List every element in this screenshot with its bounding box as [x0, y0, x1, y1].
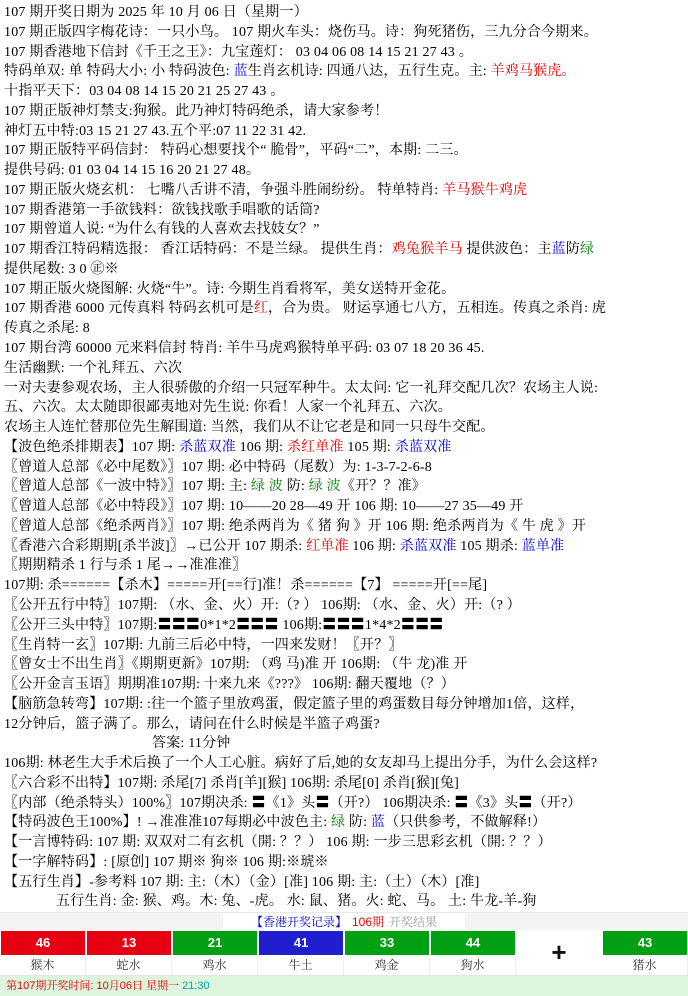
- text-segment: 防: [566, 242, 580, 257]
- text-segment: 十指平天下：03 04 08 14 15 20 21 25 27 43 。: [4, 84, 284, 99]
- text-segment: 〖曾道人总部《必中特段》〗107 期: 10——20 28—49 开 106 期…: [4, 499, 523, 514]
- text-segment: 〖曾道人总部《必中尾数》〗107 期: 必中特码（尾数）为: 1-3-7-2-6…: [4, 460, 432, 475]
- text-line: 十指平天下：03 04 08 14 15 20 21 25 27 43 。: [4, 82, 688, 102]
- text-segment: 107期: 杀======【杀木】=====开[==行]准！杀======【7】…: [4, 578, 487, 593]
- text-segment: 答案: 11分钟: [152, 736, 230, 751]
- text-line: 107 期正版火烧图解: 火烧“牛”。诗: 今期生肖看将军，美女送特开金花。: [4, 280, 688, 300]
- text-line: 【特码波色王100%】! →准准准107每期必中波色主: 绿 防: 蓝（只供参考…: [4, 813, 688, 833]
- time-bar-segment: 第107期开奖时间:: [6, 980, 96, 992]
- text-line: 107 期正版四字梅花诗：一只小鸟。 107 期火车头：烧伤马。诗：狗死猪伤，三…: [4, 23, 688, 43]
- time-bar-segment: 10月06日: [96, 980, 146, 992]
- ball-zodiac-element: 狗水: [430, 956, 516, 975]
- content-lines: 107 期开奖日期为 2025 年 10 月 06 日（星期一）107 期正版四…: [0, 0, 688, 912]
- text-segment: 107 期曾道人说: “为什么有钱的人喜欢去找妓女？”: [4, 222, 320, 237]
- ball-number: 43: [603, 931, 687, 955]
- text-segment: 107 期开奖日期为 2025 年 10 月 06 日（星期一）: [4, 5, 308, 20]
- text-line: 〖曾道人总部《一波中特》〗107 期: 主: 绿 波 防: 绿 波《开？？准》: [4, 477, 688, 497]
- text-line: 〖曾道人总部《必中尾数》〗107 期: 必中特码（尾数）为: 1-3-7-2-6…: [4, 458, 688, 478]
- text-segment: 107 期正版火烧图解: 火烧“牛”。诗: 今期生肖看将军，美女送特开金花。: [4, 282, 455, 297]
- text-segment: 〖公开三头中特〗107期:〓〓〓0*1*2〓〓〓 106期:〓〓〓1*4*2〓〓…: [4, 618, 443, 633]
- text-line: 【一言博特码: 107 期: 双双对二有玄机（開: ？？） 106 期: 一步三…: [4, 833, 688, 853]
- ball-zodiac-element: 鸡水: [172, 956, 258, 975]
- result-ball-cell: 41牛土: [258, 930, 344, 975]
- text-line: 〖公开金言玉语〗期期准107期: 十来九来《???》 106期: 翻天覆地（？）: [4, 675, 688, 695]
- text-segment: 【特码波色王100%】! →准准准107每期必中波色主:: [4, 815, 331, 830]
- text-segment: 生肖玄机诗: 四通八达，五行生克。主:: [248, 64, 491, 79]
- text-line: 107 期香江特码精选报： 香江话特码：不是兰绿。 提供生肖：鸡兔猴羊马 提供波…: [4, 240, 688, 260]
- text-segment: 提供号码: 01 03 04 14 15 16 20 21 27 48。: [4, 163, 260, 178]
- text-line: 107期: 杀======【杀木】=====开[==行]准！杀======【7】…: [4, 576, 688, 596]
- text-segment: 蓝: [234, 64, 248, 79]
- text-segment: 〖生肖特一玄〗107期: 九前三后必中特，一四来发财！〖开？〗: [4, 638, 403, 653]
- text-segment: 【五行生肖】-参考料 107 期: 主:（木）（金）[准] 106 期: 主:（…: [4, 875, 479, 890]
- text-segment: 神灯五中特:03 15 21 27 43.五个平:07 11 22 31 42.: [4, 124, 306, 139]
- text-segment: 105 期杀:: [457, 539, 522, 554]
- text-line: 【一字解特码】: [原创] 107 期※ 狗※ 106 期:※琥※: [4, 853, 688, 873]
- text-line: 答案: 11分钟: [4, 734, 688, 754]
- text-line: 生活幽默: 一个礼拜五、六次: [4, 359, 688, 379]
- text-segment: 106 期:: [349, 539, 400, 554]
- text-line: 〖内部（绝杀特头）100%〗107期决杀: 〓《1》头〓（开?） 106期决杀:…: [4, 794, 688, 814]
- text-segment: 杀红单准: [287, 440, 344, 455]
- hk-record-link[interactable]: 【香港开奖记录】: [251, 913, 347, 930]
- text-segment: 〖曾道人总部《一波中特》〗107 期: 主:: [4, 479, 251, 494]
- text-line: 神灯五中特:03 15 21 27 43.五个平:07 11 22 31 42.: [4, 122, 688, 142]
- ball-number: 13: [87, 931, 171, 955]
- text-segment: 绿 波: [309, 479, 341, 494]
- text-segment: 〖曾道人总部《绝杀两肖》〗107 期: 绝杀两肖为《 猪 狗 》开 106 期:…: [4, 519, 586, 534]
- text-segment: 107 期正版火烧玄机： 七嘴八舌讲不清，争强斗胜闹纷纷。 特单特肖:: [4, 183, 442, 198]
- text-line: 〖曾道人总部《必中特段》〗107 期: 10——20 28—49 开 106 期…: [4, 497, 688, 517]
- ball-number: 44: [431, 931, 515, 955]
- text-line: 〖期期精杀 1 行与杀 1 尾→→准准准〗: [4, 556, 688, 576]
- plus-icon: +: [551, 930, 566, 975]
- text-segment: 生活幽默: 一个礼拜五、六次: [4, 361, 182, 376]
- text-segment: 〖公开五行中特〗107期: （水、金、火）开:（? ） 106期: （水、金、火…: [4, 598, 521, 613]
- text-segment: 提供波色：主: [463, 242, 552, 257]
- text-line: 〖生肖特一玄〗107期: 九前三后必中特，一四来发财！〖开？〗: [4, 636, 688, 656]
- text-line: 一对夫妻参观农场，主人很骄傲的介绍一只冠军种牛。太太问: 它一礼拜交配几次？农场…: [4, 379, 688, 399]
- ball-number: 46: [1, 931, 85, 955]
- ball-zodiac-element: 蛇水: [86, 956, 172, 975]
- text-line: 提供尾数: 3 0 ㊣※: [4, 260, 688, 280]
- text-segment: 绿: [580, 242, 594, 257]
- ball-zodiac-element: 猴木: [0, 956, 86, 975]
- time-bar-segment: 21:30: [182, 980, 210, 992]
- text-segment: 106 期:: [236, 440, 287, 455]
- result-ball-cell: 44狗水: [430, 930, 516, 975]
- text-line: 107 期曾道人说: “为什么有钱的人喜欢去找妓女？”: [4, 220, 688, 240]
- text-line: 107 期正版火烧玄机： 七嘴八舌讲不清，争强斗胜闹纷纷。 特单特肖: 羊马猴牛…: [4, 181, 688, 201]
- text-line: 〖曾女士不出生肖〗《期期更新》107期: （鸡 马)准 开 106期: （牛 龙…: [4, 655, 688, 675]
- text-segment: 【波色绝杀排期表】107 期:: [4, 440, 179, 455]
- time-bar-segment: 星期一: [146, 980, 182, 992]
- issue-number: 106期: [352, 913, 384, 930]
- text-segment: 107 期香江特码精选报： 香江话特码：不是兰绿。 提供生肖：: [4, 242, 392, 257]
- text-segment: 【一字解特码】: [原创] 107 期※ 狗※ 106 期:※琥※: [4, 855, 329, 870]
- text-segment: 防:: [345, 815, 371, 830]
- text-segment: 传真之杀尾: 8: [4, 321, 90, 336]
- text-segment: 107 期香港第一手欲钱料：欲钱找歌手唱歌的话筒?: [4, 203, 320, 218]
- text-segment: 【脑筋急转弯】107期: :往一个篮子里放鸡蛋，假定篮子里的鸡蛋数目每分钟增加1…: [4, 697, 584, 712]
- text-segment: 羊鸡马猴虎。: [491, 64, 576, 79]
- text-segment: 红单准: [306, 539, 349, 554]
- text-line: 12分钟后，篮子满了。那么，请问在什么时候是半篮子鸡蛋?: [4, 715, 688, 735]
- text-segment: 鸡兔猴羊马: [392, 242, 463, 257]
- text-segment: ，合为贵。 财运享通七八方，五相连。传真之杀肖: 虎: [268, 301, 606, 316]
- text-line: 传真之杀尾: 8: [4, 319, 688, 339]
- results-header-center: 【香港开奖记录】 106期 开奖结果: [223, 913, 465, 930]
- result-suffix: 开奖结果: [389, 913, 437, 930]
- text-segment: 〖内部（绝杀特头）100%〗107期决杀: 〓《1》头〓（开?） 106期决杀:…: [4, 796, 582, 811]
- ball-number: 41: [259, 931, 343, 955]
- text-segment: （只供参考，不做解释!）: [385, 815, 546, 830]
- text-line: 【脑筋急转弯】107期: :往一个篮子里放鸡蛋，假定篮子里的鸡蛋数目每分钟增加1…: [4, 695, 688, 715]
- text-line: 农场主人连忙替那位先生解围道: 当然，我们从不让它老是和同一只母牛交配。: [4, 418, 688, 438]
- text-segment: 五行生肖: 金: 猴、鸡。木: 兔、-虎。 水: 鼠、猪。火: 蛇、马。 土: …: [56, 894, 537, 909]
- ball-zodiac-element: 猪水: [602, 956, 688, 975]
- ball-zodiac-element: 牛土: [258, 956, 344, 975]
- text-segment: 五、六次。太太随即很鄙夷地对先生说: 你看！人家一个礼拜五、六次。: [4, 400, 452, 415]
- text-segment: 特码单双: 单 特码大小: 小 特码波色:: [4, 64, 234, 79]
- text-line: 【五行生肖】-参考料 107 期: 主:（木）（金）[准] 106 期: 主:（…: [4, 873, 688, 893]
- text-segment: 蓝单准: [522, 539, 565, 554]
- result-ball-cell: 46猴木: [0, 930, 86, 975]
- text-line: 〖公开五行中特〗107期: （水、金、火）开:（? ） 106期: （水、金、火…: [4, 596, 688, 616]
- ball-number: 21: [173, 931, 257, 955]
- result-ball-cell: 43猪水: [602, 930, 688, 975]
- text-segment: 107 期台湾 60000 元来料信封 特肖: 羊牛马虎鸡猴特单平码: 03 0…: [4, 341, 485, 356]
- result-ball-cell: 21鸡水: [172, 930, 258, 975]
- text-segment: 〖公开金言玉语〗期期准107期: 十来九来《???》 106期: 翻天覆地（？）: [4, 677, 455, 692]
- text-segment: 〖曾女士不出生肖〗《期期更新》107期: （鸡 马)准 开 106期: （牛 龙…: [4, 657, 467, 672]
- text-segment: 〖期期精杀 1 行与杀 1 尾→→准准准〗: [4, 558, 246, 573]
- text-segment: 羊马猴牛鸡虎: [442, 183, 527, 198]
- text-line: 五、六次。太太随即很鄙夷地对先生说: 你看！人家一个礼拜五、六次。: [4, 398, 688, 418]
- text-line: 〖公开三头中特〗107期:〓〓〓0*1*2〓〓〓 106期:〓〓〓1*4*2〓〓…: [4, 616, 688, 636]
- text-segment: 107 期正版四字梅花诗：一只小鸟。 107 期火车头：烧伤马。诗：狗死猪伤，三…: [4, 25, 598, 40]
- text-segment: 106期: 林老生大手术后换了一个人工心脏。病好了后,她的女友却马上提出分手，为…: [4, 756, 597, 771]
- results-section: 【香港开奖记录】 106期 开奖结果 46猴木13蛇水21鸡水41牛土33鸡金4…: [0, 912, 688, 996]
- text-line: 107 期香港地下信封《千王之王》：九宝莲灯： 03 04 06 08 14 1…: [4, 43, 688, 63]
- page-root: 107 期开奖日期为 2025 年 10 月 06 日（星期一）107 期正版四…: [0, 0, 688, 996]
- text-line: 〖六合彩不出特】107期: 杀尾[7] 杀肖[羊][猴] 106期: 杀尾[0]…: [4, 774, 688, 794]
- plus-separator: +: [516, 930, 602, 975]
- text-line: 特码单双: 单 特码大小: 小 特码波色: 蓝生肖玄机诗: 四通八达，五行生克。…: [4, 62, 688, 82]
- text-line: 〖曾道人总部《绝杀两肖》〗107 期: 绝杀两肖为《 猪 狗 》开 106 期:…: [4, 517, 688, 537]
- result-ball-cell: 33鸡金: [344, 930, 430, 975]
- text-segment: 杀蓝双准: [400, 539, 457, 554]
- text-line: 〖香港六合彩期期[杀半波]〗→已公开 107 期杀: 红单准 106 期: 杀蓝…: [4, 537, 688, 557]
- text-segment: 107 期正版特平码信封： 特码心想要找个“ 脆骨”，平码“二”，本期: 二三。: [4, 143, 468, 158]
- results-header: 【香港开奖记录】 106期 开奖结果: [0, 912, 688, 930]
- text-line: 五行生肖: 金: 猴、鸡。木: 兔、-虎。 水: 鼠、猪。火: 蛇、马。 土: …: [4, 892, 688, 912]
- text-segment: 蓝: [552, 242, 566, 257]
- text-segment: 杀蓝双准: [395, 440, 452, 455]
- text-segment: 红: [254, 301, 268, 316]
- result-ball-cell: 13蛇水: [86, 930, 172, 975]
- ball-zodiac-element: 鸡金: [344, 956, 430, 975]
- text-line: 提供号码: 01 03 04 14 15 16 20 21 27 48。: [4, 161, 688, 181]
- text-segment: 绿: [331, 815, 345, 830]
- text-segment: 绿 波: [251, 479, 283, 494]
- text-line: 106期: 林老生大手术后换了一个人工心脏。病好了后,她的女友却马上提出分手，为…: [4, 754, 688, 774]
- text-line: 【波色绝杀排期表】107 期: 杀蓝双准 106 期: 杀红单准 105 期: …: [4, 438, 688, 458]
- text-segment: 防:: [283, 479, 309, 494]
- text-line: 107 期开奖日期为 2025 年 10 月 06 日（星期一）: [4, 3, 688, 23]
- text-segment: 105 期:: [344, 440, 395, 455]
- text-segment: 【一言博特码: 107 期: 双双对二有玄机（開: ？？） 106 期: 一步三…: [4, 835, 552, 850]
- text-line: 107 期正版特平码信封： 特码心想要找个“ 脆骨”，平码“二”，本期: 二三。: [4, 141, 688, 161]
- text-segment: 《开？？准》: [341, 479, 426, 494]
- text-segment: 蓝: [371, 815, 385, 830]
- text-segment: 〖六合彩不出特】107期: 杀尾[7] 杀肖[羊][猴] 106期: 杀尾[0]…: [4, 776, 459, 791]
- text-segment: 107 期正版神灯禁支:狗猴。此乃神灯特码绝杀，请大家参考！: [4, 104, 388, 119]
- text-segment: 12分钟后，篮子满了。那么，请问在什么时候是半篮子鸡蛋?: [4, 717, 380, 732]
- text-segment: 〖香港六合彩期期[杀半波]〗→已公开 107 期杀:: [4, 539, 306, 554]
- text-segment: 提供尾数: 3 0 ㊣※: [4, 262, 119, 277]
- text-segment: 农场主人连忙替那位先生解围道: 当然，我们从不让它老是和同一只母牛交配。: [4, 420, 495, 435]
- text-line: 107 期香港 6000 元传真料 特码玄机可是红，合为贵。 财运享通七八方，五…: [4, 299, 688, 319]
- text-line: 107 期正版神灯禁支:狗猴。此乃神灯特码绝杀，请大家参考！: [4, 102, 688, 122]
- ball-number: 33: [345, 931, 429, 955]
- text-segment: 107 期香港 6000 元传真料 特码玄机可是: [4, 301, 254, 316]
- text-line: 107 期台湾 60000 元来料信封 特肖: 羊牛马虎鸡猴特单平码: 03 0…: [4, 339, 688, 359]
- balls-table: 46猴木13蛇水21鸡水41牛土33鸡金44狗水+43猪水: [0, 930, 688, 976]
- draw-time-bar: 第107期开奖时间: 10月06日 星期一 21:30: [0, 976, 688, 996]
- text-segment: 一对夫妻参观农场，主人很骄傲的介绍一只冠军种牛。太太问: 它一礼拜交配几次？农场…: [4, 381, 598, 396]
- text-segment: 107 期香港地下信封《千王之王》：九宝莲灯： 03 04 06 08 14 1…: [4, 45, 473, 60]
- text-line: 107 期香港第一手欲钱料：欲钱找歌手唱歌的话筒?: [4, 201, 688, 221]
- text-segment: 杀蓝双准: [179, 440, 236, 455]
